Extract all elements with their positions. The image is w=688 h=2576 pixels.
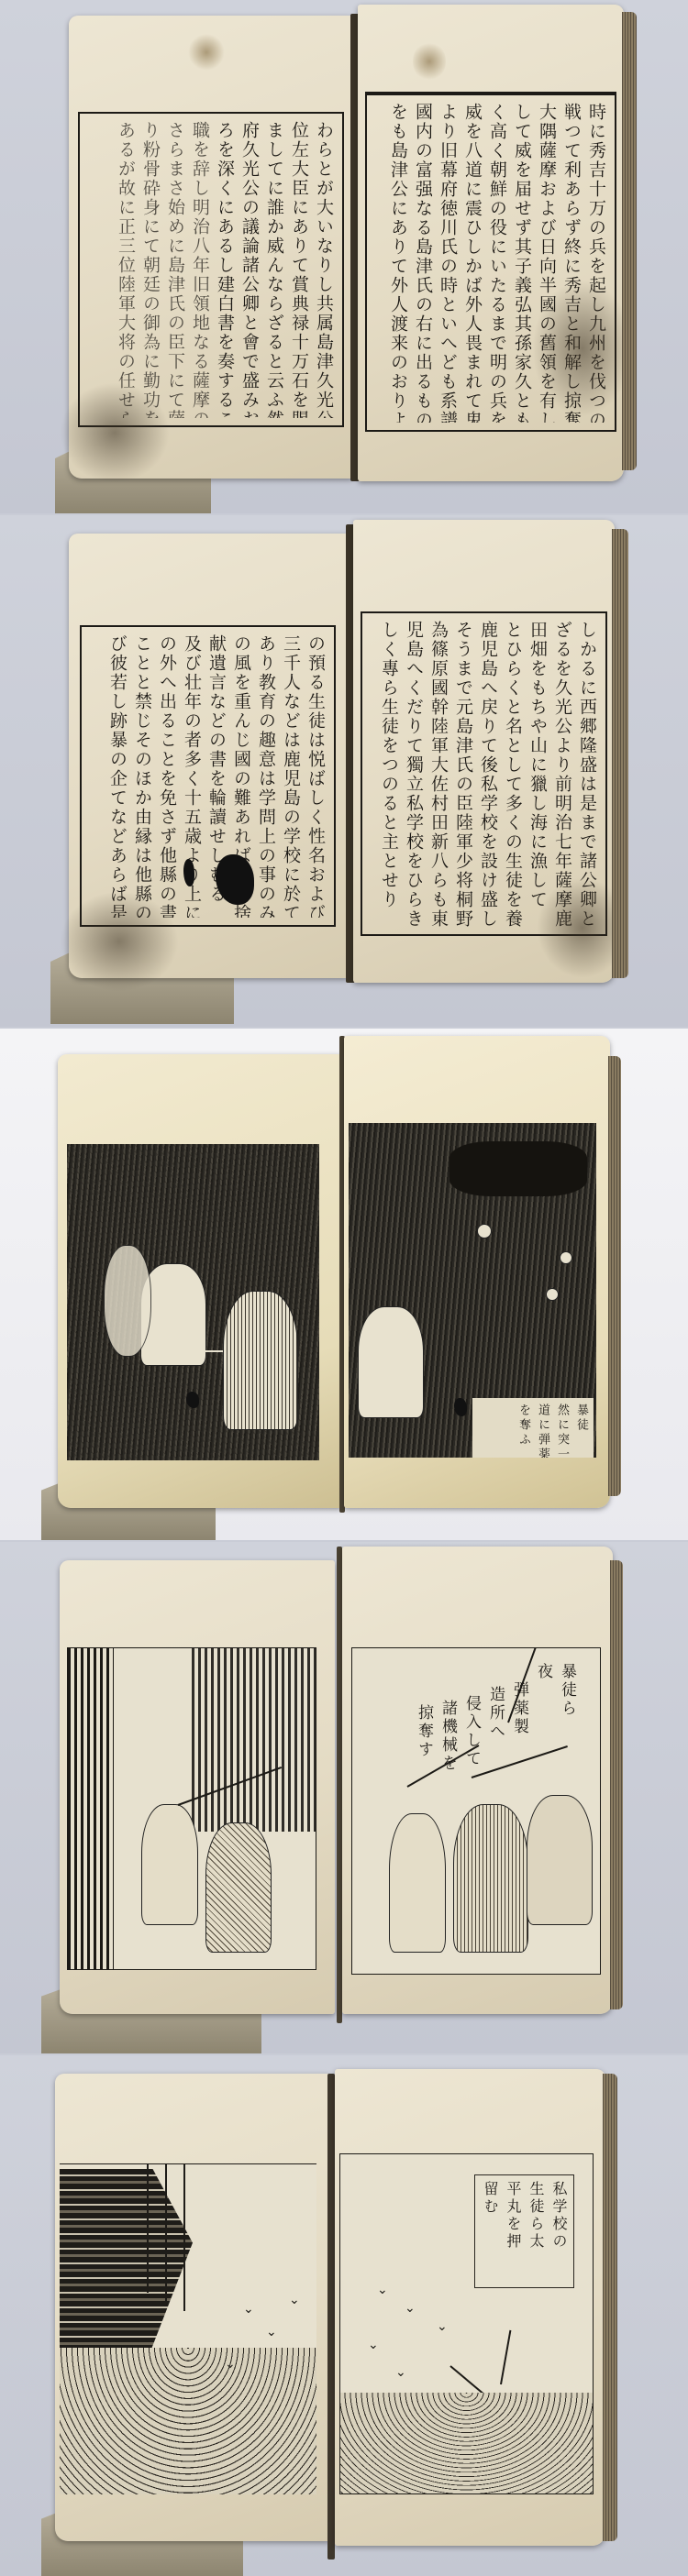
caption-column: 侵入して — [462, 1663, 481, 1773]
water-damage — [60, 891, 179, 992]
paper-stain — [188, 34, 225, 71]
caption-column: 平丸を押 — [505, 2181, 522, 2282]
text-column: 児島へくだりて獨立私学校をひらき或ひは是が世話など — [403, 621, 425, 927]
text-columns: わらとが大いなりし共属島津久光公の如きは官從二 位左大臣にありて賞典禄十万石を賜… — [87, 121, 335, 418]
ship-rigging — [165, 2164, 167, 2302]
text-column: び彼若し跡暴の企てなどあらば是を止めらる — [106, 634, 128, 918]
ocean-waves — [60, 2348, 316, 2494]
right-page: しかるに西郷隆盛は是まで諸公卿と ざるを久光公より前明治七年薩摩鹿児島 田畑をも… — [353, 520, 615, 983]
text-columns: の預る生徒は悦ばしく性名および二万人にあまれり中 三千人などは鹿児島の学校に於て… — [89, 634, 327, 918]
caption-column: 私学校の — [550, 2181, 568, 2282]
spear — [500, 2330, 511, 2384]
illustration-panel: ⌄ ⌄ ⌄ ⌄ — [60, 2163, 316, 2494]
torch-crowd — [449, 1141, 587, 1196]
seagull-icon: ⌄ — [405, 2301, 416, 2316]
left-page — [58, 1054, 342, 1508]
text-column: 國内の富强なる島津氏の右に出るものなし殊に満 — [412, 103, 434, 423]
text-column: そうまで元島津氏の臣陸軍少将桐野利秋陸軍 — [452, 621, 474, 927]
text-column: わらとが大いなりし共属島津久光公の如きは官從二 — [313, 121, 335, 418]
illustration-panel — [67, 1647, 316, 1970]
illustration-caption: 暴徒 然に突一 道に弾薬 を奪ふ — [472, 1398, 594, 1458]
text-column: より旧幕府徳川氏の時といへども系譜の連綿たる — [437, 103, 459, 423]
text-column: 位左大臣にありて賞典禄十万石を賜ふ島津氏の面目 — [288, 121, 310, 418]
caption-column: 然に突一 — [555, 1404, 569, 1458]
ink-blot-damage — [454, 1398, 467, 1416]
paper-stain — [413, 41, 446, 82]
open-book: わらとが大いなりし共属島津久光公の如きは官從二 位左大臣にありて賞典禄十万石を賜… — [55, 5, 642, 513]
caption-column: 諸機械を — [438, 1663, 457, 1773]
illustration-panel: 暴徒 然に突一 道に弾薬 を奪ふ — [349, 1123, 596, 1458]
text-column: り粉骨砕身にて朝廷の御為に勤功を尽し — [139, 121, 161, 418]
caption-column: 生徒ら太 — [527, 2181, 545, 2282]
seagull-icon: ⌄ — [225, 2357, 236, 2372]
page-edges — [608, 1056, 621, 1496]
text-column: あるが故に正三位陸軍大将の任せられし官職 — [115, 121, 137, 418]
text-frame: わらとが大いなりし共属島津久光公の如きは官從二 位左大臣にありて賞典禄十万石を賜… — [78, 112, 344, 427]
photo-text-spread-2: の預る生徒は悦ばしく性名および二万人にあまれり中 三千人などは鹿児島の学校に於て… — [0, 515, 688, 1027]
text-frame: の預る生徒は悦ばしく性名および二万人にあまれり中 三千人などは鹿児島の学校に於て… — [80, 625, 336, 927]
text-column: 威を八道に震ひしかば外人畏まれて鬼島津と称し — [461, 103, 483, 423]
right-page: 暴徒 然に突一 道に弾薬 を奪ふ — [344, 1036, 610, 1508]
text-column: ろを深くにあるし建白書を奏すること再三の後終に — [214, 121, 236, 418]
right-page: 私学校の 生徒ら太 平丸を押 留む ⌄ ⌄ ⌄ ⌄ ⌄ — [335, 2069, 605, 2546]
caption-column: を奪ふ — [516, 1404, 530, 1458]
rioter-figure — [141, 1804, 198, 1925]
text-column: 職を辞し明治八年旧領地なる薩摩の鹿児島に — [189, 121, 211, 418]
rioter-figure — [205, 1822, 272, 1953]
lantern — [546, 1288, 559, 1301]
page-edges — [610, 1560, 623, 2009]
photo-illustration-spread-1: 暴徒 然に突一 道に弾薬 を奪ふ — [0, 1029, 688, 1540]
right-page: 暴徒ら 夜 弾薬製 造所へ 侵入して 諸機械を 掠奪す — [342, 1547, 613, 2014]
text-column: 府久光公の議論諸公卿と會で盛みおいて行われざる — [239, 121, 261, 418]
open-book: の預る生徒は悦ばしく性名および二万人にあまれり中 三千人などは鹿児島の学校に於て… — [50, 515, 647, 1027]
left-page — [60, 1560, 335, 2014]
left-page: の預る生徒は悦ばしく性名および二万人にあまれり中 三千人などは鹿児島の学校に於て… — [69, 534, 349, 978]
illustration-panel: 私学校の 生徒ら太 平丸を押 留む ⌄ ⌄ ⌄ ⌄ ⌄ — [339, 2153, 594, 2494]
caption-column: 暴徒 — [574, 1404, 588, 1458]
text-column: の預る生徒は悦ばしく性名および二万人にあまれり中 — [305, 634, 327, 918]
rioter-figure — [527, 1795, 593, 1925]
seagull-icon: ⌄ — [437, 2319, 448, 2334]
photo-illustration-spread-2: 暴徒ら 夜 弾薬製 造所へ 侵入して 諸機械を 掠奪す — [0, 1542, 688, 2053]
rioter-figure — [389, 1813, 446, 1953]
text-column: 三千人などは鹿児島の学校に於て除を給する学校よ — [280, 634, 302, 918]
katana — [159, 1350, 223, 1352]
text-column: あり教育の趣意は学問上の事のみならず節義廉恥 — [255, 634, 277, 918]
text-column: さらまさ始めに島津氏の臣下にて薩摩の — [164, 121, 186, 418]
caption-column: 掠奪す — [415, 1663, 433, 1773]
text-column: ましてに誰か威んならざると云ふ然るに維新後左 — [263, 121, 285, 418]
ocean-waves — [340, 2393, 593, 2493]
ink-blot-damage — [186, 1392, 199, 1408]
seagull-icon: ⌄ — [243, 2302, 254, 2317]
caption-column: 暴徒ら — [558, 1663, 576, 1773]
samurai-figure — [104, 1245, 151, 1357]
text-column: ことと禁じそのほか由縁は他縣の者にふるく — [131, 634, 153, 918]
text-column: しく專ら生徒をつのると主とせり — [378, 621, 400, 927]
samurai-figure — [223, 1291, 298, 1430]
illustration-panel — [67, 1144, 319, 1460]
photo-illustration-spread-3: ⌄ ⌄ ⌄ ⌄ 私学校の 生徒ら太 平丸を押 留む ⌄ ⌄ ⌄ ⌄ ⌄ — [0, 2055, 688, 2576]
water-damage — [532, 280, 633, 417]
text-column: の外へ出ることを免さず他縣の書生と交 — [156, 634, 178, 918]
text-column: して威を届せず其子義弘其孫家久ともに勇名いよ — [511, 103, 533, 423]
page-edges — [622, 12, 637, 470]
open-book: 暴徒 然に突一 道に弾薬 を奪ふ — [41, 1029, 647, 1540]
ship-rigging — [147, 2164, 149, 2293]
seagull-icon: ⌄ — [395, 2365, 406, 2380]
illustration-panel: 暴徒ら 夜 弾薬製 造所へ 侵入して 諸機械を 掠奪す — [351, 1647, 601, 1975]
illustration-caption: 暴徒ら 夜 弾薬製 造所へ 侵入して 諸機械を 掠奪す — [409, 1657, 582, 1778]
palisade-fence — [192, 1648, 316, 1832]
left-page: わらとが大いなりし共属島津久光公の如きは官從二 位左大臣にありて賞典禄十万石を賜… — [69, 16, 353, 479]
ship-rigging — [183, 2164, 185, 2311]
caption-column: 留む — [482, 2181, 499, 2282]
illustration-caption: 私学校の 生徒ら太 平丸を押 留む — [474, 2174, 574, 2288]
right-page: 時に秀吉十万の兵を起し九州を伐つのぞみ 戦つて利あらず終に秀吉と和解し掠奪の地 … — [358, 5, 624, 481]
lantern — [477, 1224, 492, 1238]
text-column: とひらくと名として多くの生徒を養ふ久光公を — [502, 621, 524, 927]
page-edges — [612, 529, 628, 978]
seagull-icon: ⌄ — [289, 2293, 300, 2307]
text-column: 鹿児島へ戻りて後私学校を設け盛しく生徒を集め — [477, 621, 499, 927]
text-column: 為篠原國幹陸軍大佐村田新八らも東京を辭し鹿 — [427, 621, 449, 927]
palisade-fence — [68, 1648, 114, 1969]
lantern — [560, 1251, 572, 1264]
spine — [327, 2074, 335, 2559]
caption-column: 弾薬製 — [510, 1663, 528, 1773]
ink-blot-damage — [183, 859, 194, 886]
seagull-icon: ⌄ — [368, 2338, 379, 2352]
photo-text-spread-1: わらとが大いなりし共属島津久光公の如きは官從二 位左大臣にありて賞典禄十万石を賜… — [0, 0, 688, 513]
seagull-icon: ⌄ — [266, 2325, 277, 2339]
rioter-figure — [453, 1804, 528, 1953]
text-column: をも島津公にありて外人渡来のおりより勤王の功 — [387, 103, 409, 423]
water-damage — [60, 382, 170, 483]
seagull-icon: ⌄ — [377, 2283, 388, 2297]
caption-column: 道に弾薬 — [536, 1404, 549, 1458]
page-edges — [603, 2074, 617, 2541]
open-book: 暴徒ら 夜 弾薬製 造所へ 侵入して 諸機械を 掠奪す — [41, 1542, 647, 2053]
text-column: く高く朝鮮の役にいたるまで明の兵を破て軍 — [486, 103, 508, 423]
open-book: ⌄ ⌄ ⌄ ⌄ 私学校の 生徒ら太 平丸を押 留む ⌄ ⌄ ⌄ ⌄ ⌄ — [41, 2055, 647, 2576]
fighter-figure — [358, 1306, 424, 1418]
caption-column: 造所へ — [486, 1663, 505, 1773]
left-page: ⌄ ⌄ ⌄ ⌄ — [55, 2074, 330, 2541]
